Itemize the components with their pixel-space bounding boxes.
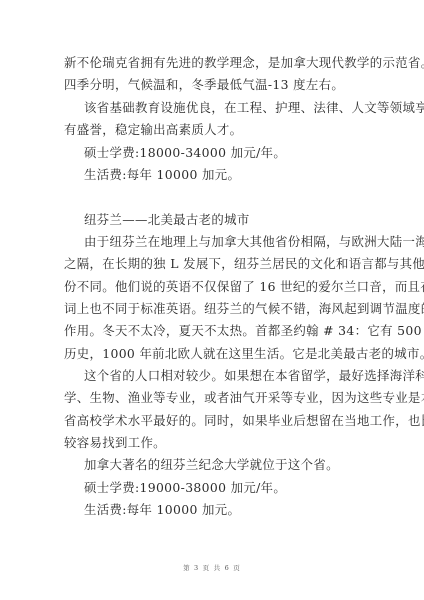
section-heading: 纽芬兰——北美最古老的城市	[84, 210, 360, 230]
text-line: 之隔，在长期的独 L 发展下，纽芬兰居民的文化和语言都与其他省	[64, 254, 360, 274]
document-page: 新不伦瑞克省拥有先进的教学理念，是加拿大现代教学的示范省。 四季分明，气候温和，…	[0, 0, 424, 600]
text-line: 学、生物、渔业等专业，或者油气开采等专业，因为这些专业是本	[64, 388, 360, 408]
living-cost-line: 生活费:每年 10000 加元。	[84, 165, 360, 185]
page-number-footer: 第 3 页 共 6 页	[0, 563, 424, 572]
tuition-line: 硕士学费:18000-34000 加元/年。	[84, 143, 360, 163]
text-line: 加拿大著名的纽芬兰纪念大学就位于这个省。	[84, 455, 360, 475]
text-line: 这个省的人口相对较少。如果想在本省留学，最好选择海洋科	[84, 366, 360, 386]
text-line: 份不同。他们说的英语不仅保留了 16 世纪的爱尔兰口音，而且在用	[64, 277, 360, 297]
text-line: 四季分明，气候温和，冬季最低气温-13 度左右。	[64, 75, 360, 95]
text-line: 有盛誉，稳定输出高素质人才。	[64, 120, 360, 140]
text-line: 新不伦瑞克省拥有先进的教学理念，是加拿大现代教学的示范省。	[64, 53, 360, 73]
text-line: 该省基础教育设施优良，在工程、护理、法律、人文等领域享	[84, 98, 360, 118]
tuition-line: 硕士学费:19000-38000 加元/年。	[84, 478, 360, 498]
text-line: 历史，1000 年前北欧人就在这里生活。它是北美最古老的城市。	[64, 344, 360, 364]
text-line: 省高校学术水平最好的。同时，如果毕业后想留在当地工作，也比	[64, 411, 360, 431]
text-line: 作用。冬天不太冷，夏天不太热。首都圣约翰 # 34：它有 500 年的	[64, 321, 360, 341]
text-line: 词上也不同于标准英语。纽芬兰的气候不错，海风起到调节温度的	[64, 299, 360, 319]
text-line: 较容易找到工作。	[64, 433, 360, 453]
living-cost-line: 生活费:每年 10000 加元。	[84, 500, 360, 520]
text-line: 由于纽芬兰在地理上与加拿大其他省份相隔，与欧洲大陆一海	[84, 232, 360, 252]
